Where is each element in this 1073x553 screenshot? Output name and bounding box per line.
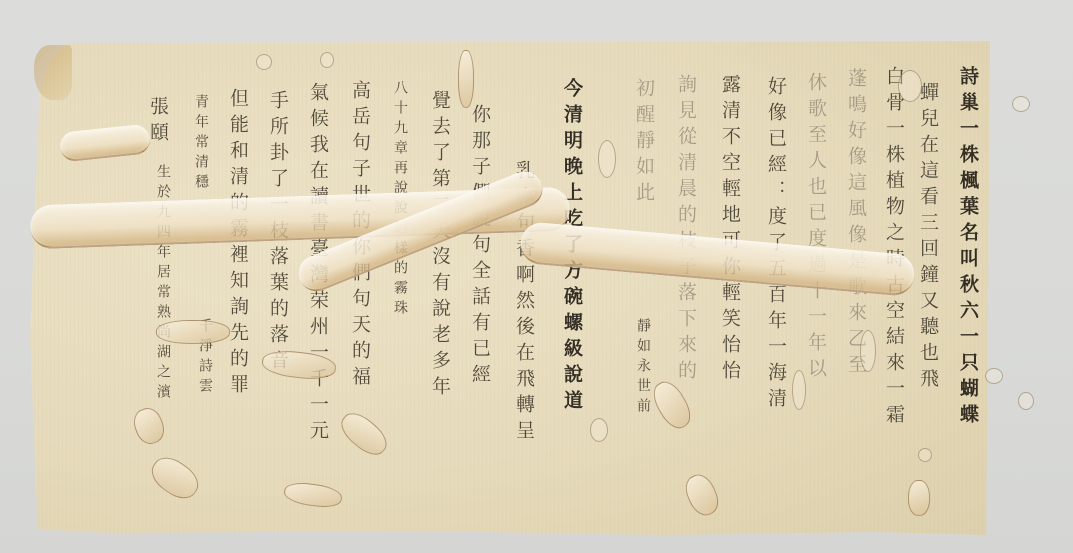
droplet xyxy=(320,52,334,68)
droplet xyxy=(918,448,932,462)
text-column-12: 你那子們說句全話有已經 xyxy=(470,104,489,390)
text-column-7: 露清不空輕地可你輕笑怡怡 xyxy=(720,74,739,386)
droplet xyxy=(985,368,1003,384)
corner-stain xyxy=(34,45,72,100)
droplet xyxy=(256,54,272,70)
droplet xyxy=(908,480,930,516)
text-column-9: 初醒靜如此 xyxy=(634,78,653,208)
droplet xyxy=(1018,392,1034,410)
text-column-9-note: 靜如永世前 xyxy=(636,318,650,418)
text-column-2: 蟬兒在這看三回鐘又聽也飛 xyxy=(918,82,937,394)
droplet xyxy=(598,140,616,178)
droplet xyxy=(590,418,608,442)
text-column-13: 覺去了第二天沒有說老多年 xyxy=(430,90,449,402)
droplet xyxy=(1012,96,1030,112)
text-column-4: 蓬鳴好像這風像是歌來乙至 xyxy=(846,68,865,380)
text-column-3: 白骨一株植物之時古空結來一霜 xyxy=(884,66,903,430)
text-column-18: 但能和清的霧裡知詢先的罪 xyxy=(228,88,247,400)
droplet xyxy=(156,320,230,344)
text-column-5: 休歌至人也已度過十一年以 xyxy=(806,72,825,384)
signature-name: 張頤 xyxy=(148,96,167,148)
text-column-8: 詢見從清晨的枝子落下來的 xyxy=(676,74,695,386)
droplet xyxy=(792,370,806,410)
text-column-19: 青年常清穩 xyxy=(194,94,208,194)
text-column-1: 詩巢一株楓葉名叫秋六一只蝴蝶 xyxy=(958,66,977,430)
droplet xyxy=(898,70,922,102)
droplet xyxy=(458,50,474,108)
droplet xyxy=(860,330,876,372)
